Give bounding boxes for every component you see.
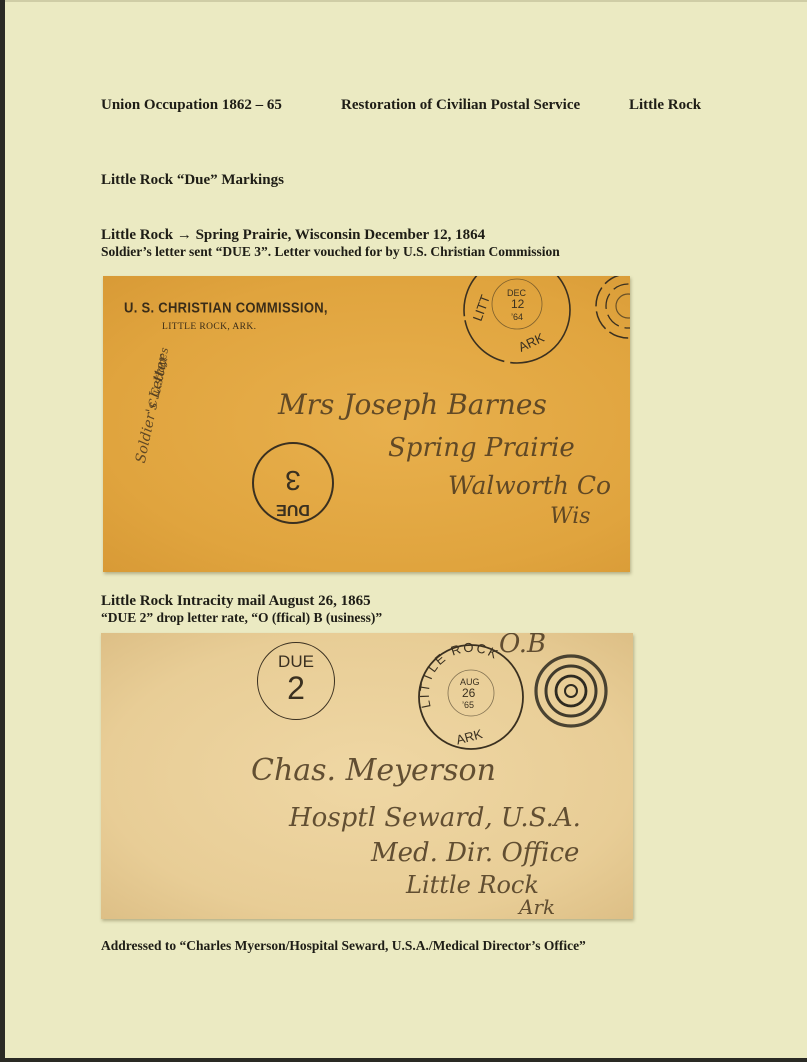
address-line2: Spring Prairie [388, 433, 575, 463]
header-topic: Restoration of Civilian Postal Service [341, 97, 580, 114]
corner-card-line1: U. S. CHRISTIAN COMMISSION, [124, 299, 328, 316]
corner-card-line2: LITTLE ROCK, ARK. [162, 322, 256, 332]
address-line1: Mrs Joseph Barnes [278, 388, 547, 421]
page-bottom-edge [0, 1058, 807, 1062]
item1-title: Little Rock → Spring Prairie, Wisconsin … [101, 227, 485, 244]
header-location: Little Rock [629, 97, 701, 114]
due-label: DUE [258, 652, 334, 672]
page-top-edge [0, 0, 807, 2]
target-cancel-partial [588, 276, 630, 341]
due-2-marking: DUE 2 [257, 642, 335, 720]
cover-1-christian-commission: U. S. CHRISTIAN COMMISSION, LITTLE ROCK,… [103, 276, 630, 572]
svg-text:LITTLE ROCK: LITTLE ROCK [417, 641, 502, 710]
address-line4: Wis [550, 504, 591, 529]
svg-text:26: 26 [462, 686, 476, 700]
item2-description: “DUE 2” drop letter rate, “O (ffical) B … [101, 610, 382, 626]
due-3-marking: DUE 3 [252, 442, 334, 524]
svg-text:ARK: ARK [516, 330, 547, 355]
svg-text:LITT: LITT [470, 293, 493, 323]
address-line5: Ark [519, 895, 555, 919]
header-period: Union Occupation 1862 – 65 [101, 97, 282, 114]
due-amount: 3 [254, 464, 332, 496]
cover-2-intracity: DUE 2 LITTLE ROCK ARK AUG 26 ’65 O.B Cha… [101, 633, 633, 919]
item2-title: Little Rock Intracity mail August 26, 18… [101, 593, 371, 610]
svg-text:’65: ’65 [462, 700, 474, 710]
page-left-edge [0, 0, 5, 1062]
due-amount: 2 [258, 670, 334, 707]
target-cancel [533, 653, 613, 733]
item1-description: Soldier’s letter sent “DUE 3”. Letter vo… [101, 244, 560, 260]
address-line3: Med. Dir. Office [371, 838, 579, 868]
svg-text:12: 12 [511, 297, 525, 311]
svg-text:’64: ’64 [511, 312, 523, 322]
footer-note: Addressed to “Charles Myerson/Hospital S… [101, 938, 586, 954]
due-label: DUE [254, 500, 332, 518]
address-line1: Chas. Meyerson [251, 753, 496, 788]
svg-text:ARK: ARK [454, 726, 484, 747]
section-title: Little Rock “Due” Markings [101, 172, 284, 189]
address-line3: Walworth Co [448, 471, 611, 500]
address-line2: Hosptl Seward, U.S.A. [289, 803, 581, 833]
postmark-little-rock-1864: LITT ARK DEC 12 ’64 [461, 276, 581, 370]
